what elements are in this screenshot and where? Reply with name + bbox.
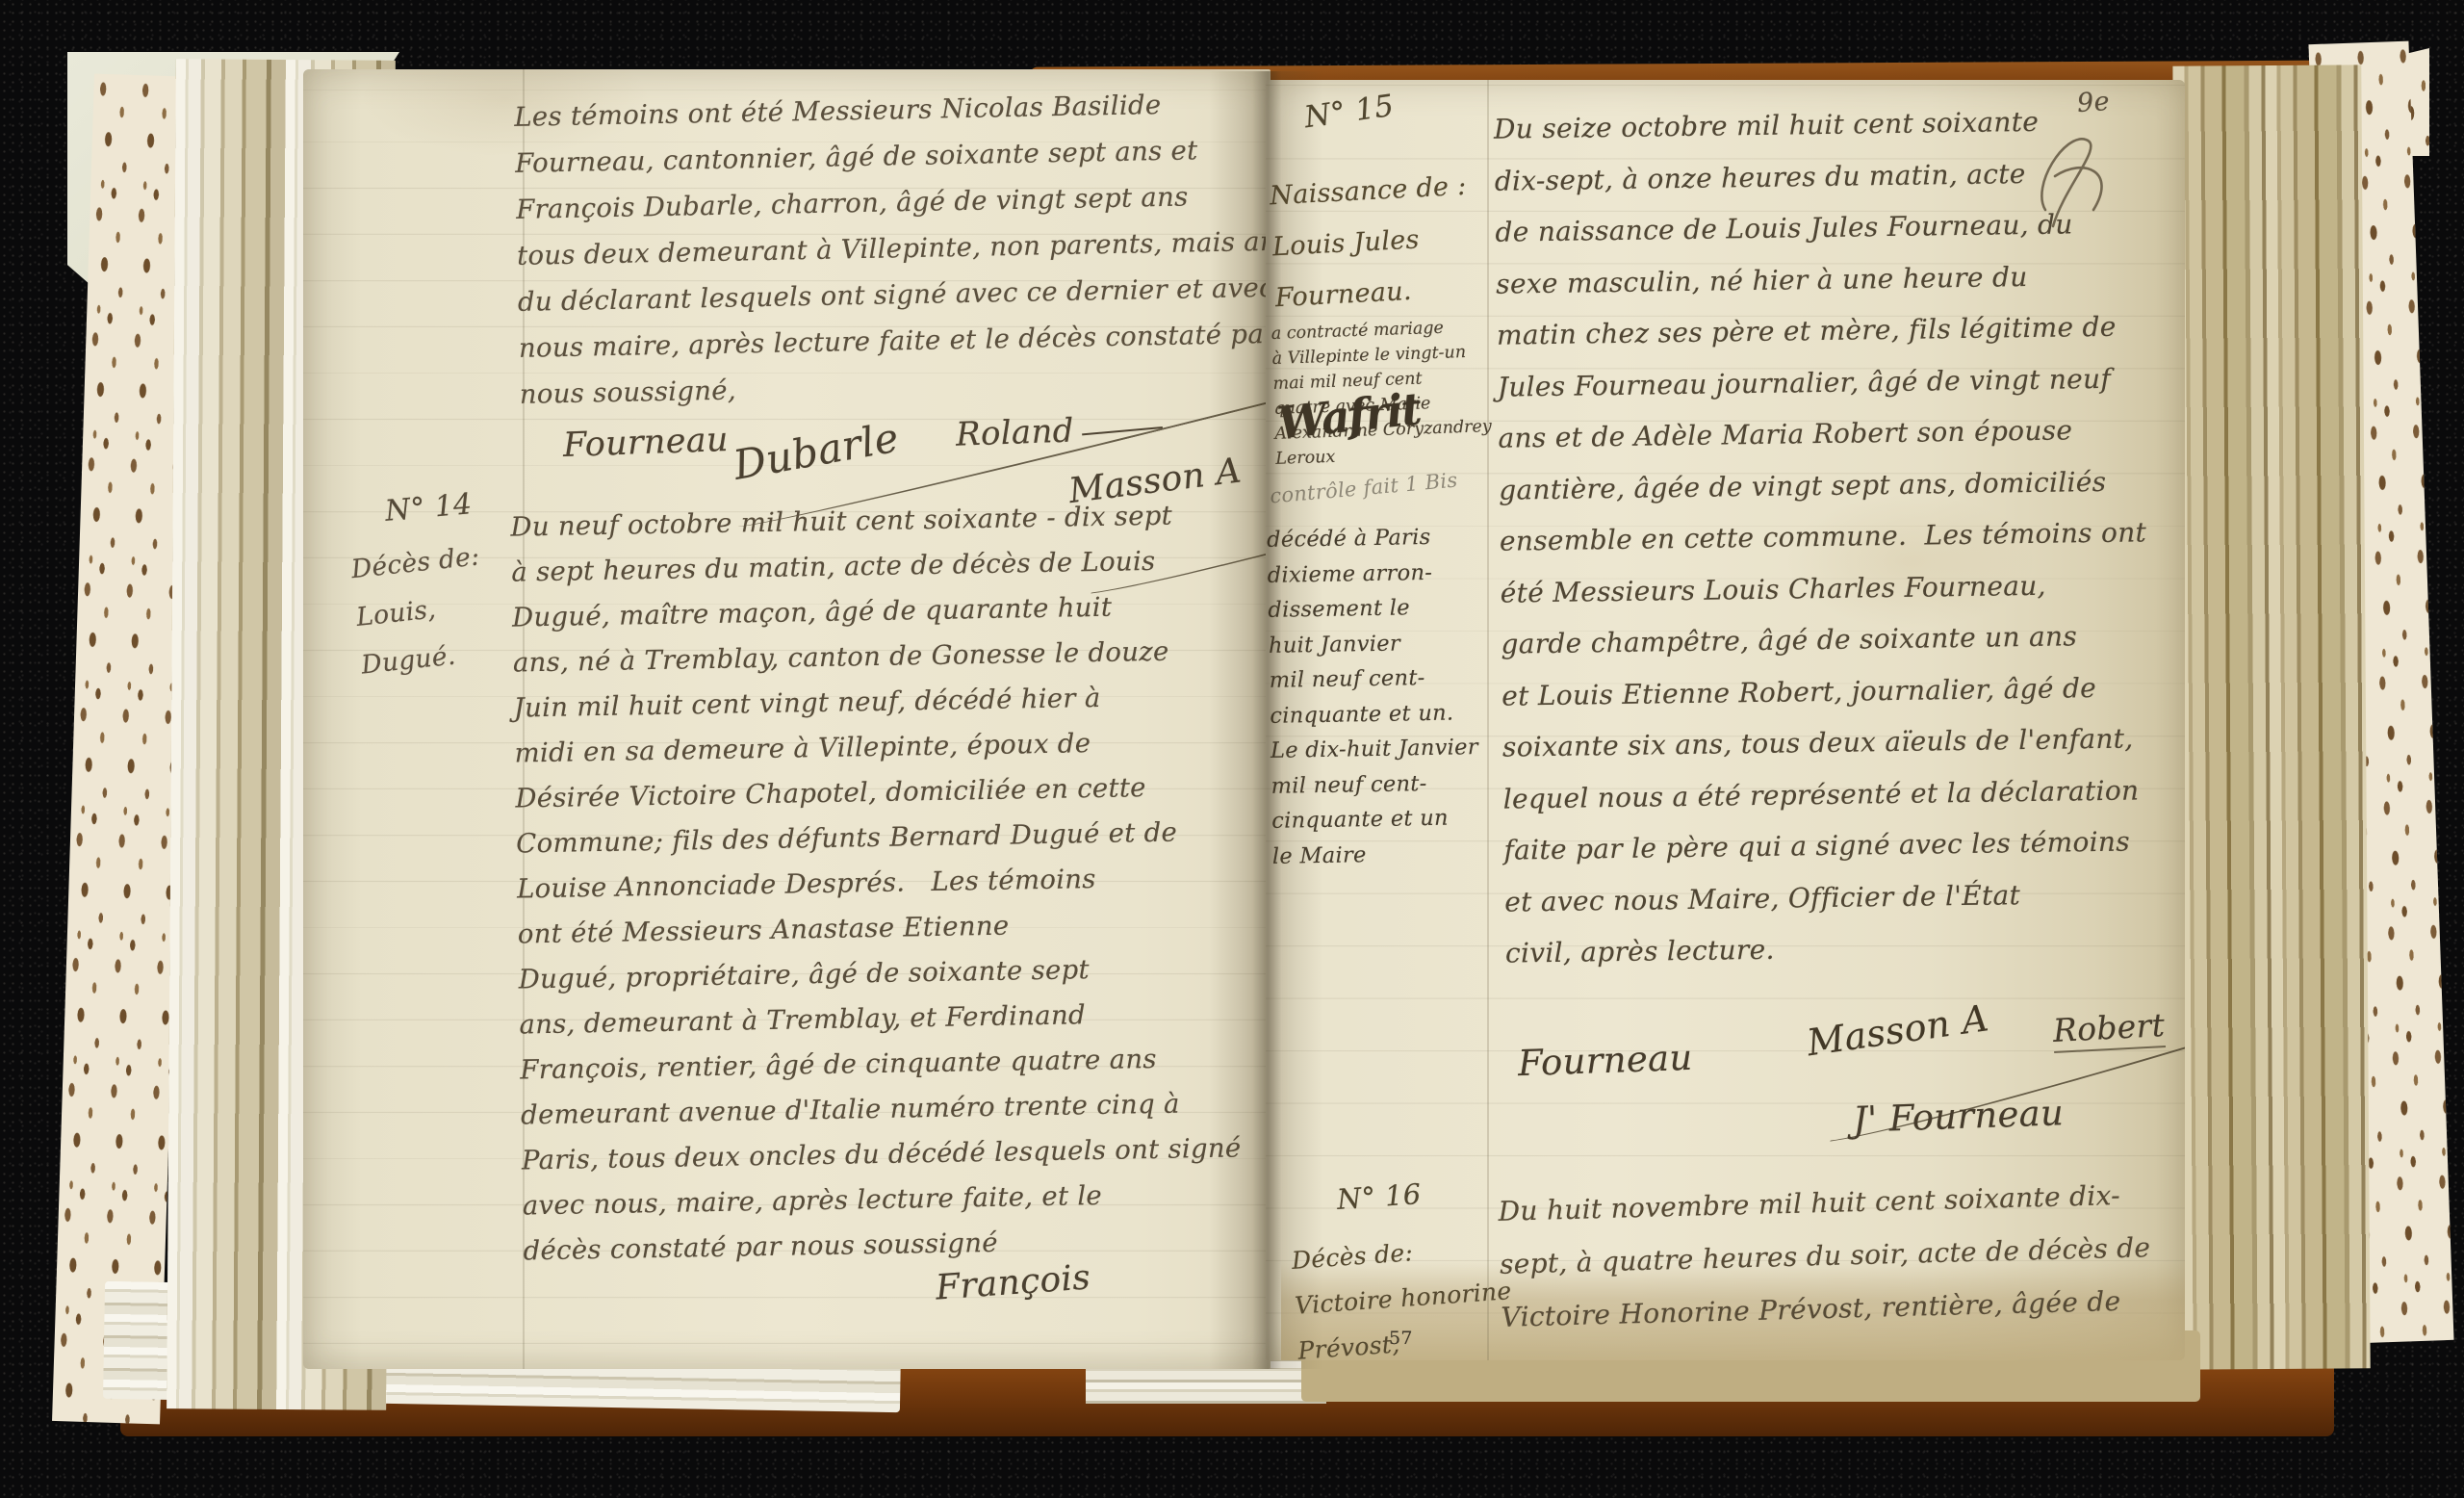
entry-15-line-1: dix-sept, à onze heures du matin, acte — [1494, 146, 2142, 207]
signature-fourneau-prev: Fourneau — [562, 421, 729, 465]
entry-15-line-5: Jules Fourneau journalier, âgé de vingt … — [1497, 352, 2144, 413]
signature-fourneau-15: Fourneau — [1517, 1037, 1693, 1084]
margin-label-15: Naissance de :Louis JulesFourneau. — [1269, 161, 1473, 323]
death-note-line-7: mil neuf cent- — [1270, 765, 1478, 804]
photo-backdrop: Les témoins ont été Messieurs Nicolas Ba… — [0, 0, 2464, 1498]
entry-15-line-4: matin chez ses père et mère, fils légiti… — [1497, 300, 2144, 361]
margin-15-line-2: Fourneau. — [1274, 263, 1474, 324]
signature-robert: Robert — [2052, 1006, 2166, 1053]
page-edges-right — [2172, 65, 2370, 1369]
entry-15-line-7: gantière, âgée de vingt sept ans, domici… — [1499, 455, 2146, 516]
margin-death-note-15: décédé à Parisdixieme arron-dissement le… — [1267, 519, 1480, 874]
entry-15-text: Du seize octobre mil huit cent soixanted… — [1494, 94, 2153, 979]
entry-15-line-8: ensemble en cette commune. Les témoins o… — [1500, 506, 2147, 567]
entry-15-line-15: et avec nous Maire, Officier de l'État — [1504, 867, 2152, 928]
entry-15-line-14: faite par le père qui a signé avec les t… — [1503, 815, 2151, 876]
entry-16-text: Du huit novembre mil huit cent soixante … — [1498, 1168, 2152, 1344]
left-page: Les témoins ont été Messieurs Nicolas Ba… — [303, 69, 1270, 1369]
entry-15-line-6: ans et de Adèle Maria Robert son épouse — [1498, 403, 2145, 464]
death-note-line-2: dissement le — [1268, 589, 1476, 628]
entry-15-line-12: soixante six ans, tous deux aïeuls de l'… — [1502, 712, 2150, 773]
entry-15-line-0: Du seize octobre mil huit cent soixante — [1494, 94, 2142, 155]
entry-15-line-16: civil, après lecture. — [1505, 918, 2153, 979]
pencil-control-note: contrôle fait 1 Bis — [1269, 469, 1458, 508]
signature-roland: Roland — [955, 408, 1163, 453]
death-note-line-9: le Maire — [1272, 836, 1480, 874]
entry-15-line-9: été Messieurs Louis Charles Fourneau, — [1500, 558, 2147, 619]
entry-15-line-10: garde champêtre, âgé de soixante un ans — [1501, 609, 2148, 670]
death-note-line-1: dixieme arron- — [1267, 555, 1475, 593]
signature-dugue: Dugué — [662, 1330, 1270, 1369]
entry-14-text: Du neuf octobre mil huit cent soixante -… — [510, 493, 1243, 1275]
entry-15-line-2: de naissance de Louis Jules Fourneau, du — [1495, 197, 2143, 258]
death-note-line-0: décédé à Paris — [1267, 519, 1475, 557]
death-note-line-5: cinquante et un. — [1270, 695, 1477, 734]
folio-page-number: 57 — [1389, 1328, 1413, 1349]
death-note-line-4: mil neuf cent- — [1269, 659, 1476, 698]
margin-15-line-0: Naissance de : — [1269, 161, 1468, 222]
entry-15-line-3: sexe masculin, né hier à une heure du — [1496, 249, 2143, 310]
right-page: 9e N° 15 Naissance de :Louis JulesFourne… — [1266, 80, 2185, 1360]
margin-number-14: N° 14 — [384, 487, 474, 529]
entry-15-line-13: lequel nous a été représenté et la décla… — [1502, 764, 2150, 825]
open-register-book: Les témoins ont été Messieurs Nicolas Ba… — [67, 48, 2435, 1454]
margin-number-16: N° 16 — [1336, 1177, 1423, 1216]
death-note-line-3: huit Janvier — [1269, 625, 1476, 663]
margin-number-15: N° 15 — [1302, 89, 1397, 136]
entry-15-line-11: et Louis Etienne Robert, journalier, âgé… — [1501, 661, 2149, 722]
death-note-line-6: Le dix-huit Janvier — [1270, 730, 1478, 768]
signature-j-fourneau: J' Fourneau — [1852, 1092, 2064, 1141]
margin-label-14: Décès de:Louis,Dugué. — [349, 532, 493, 689]
death-note-line-8: cinquante et un — [1271, 800, 1479, 839]
